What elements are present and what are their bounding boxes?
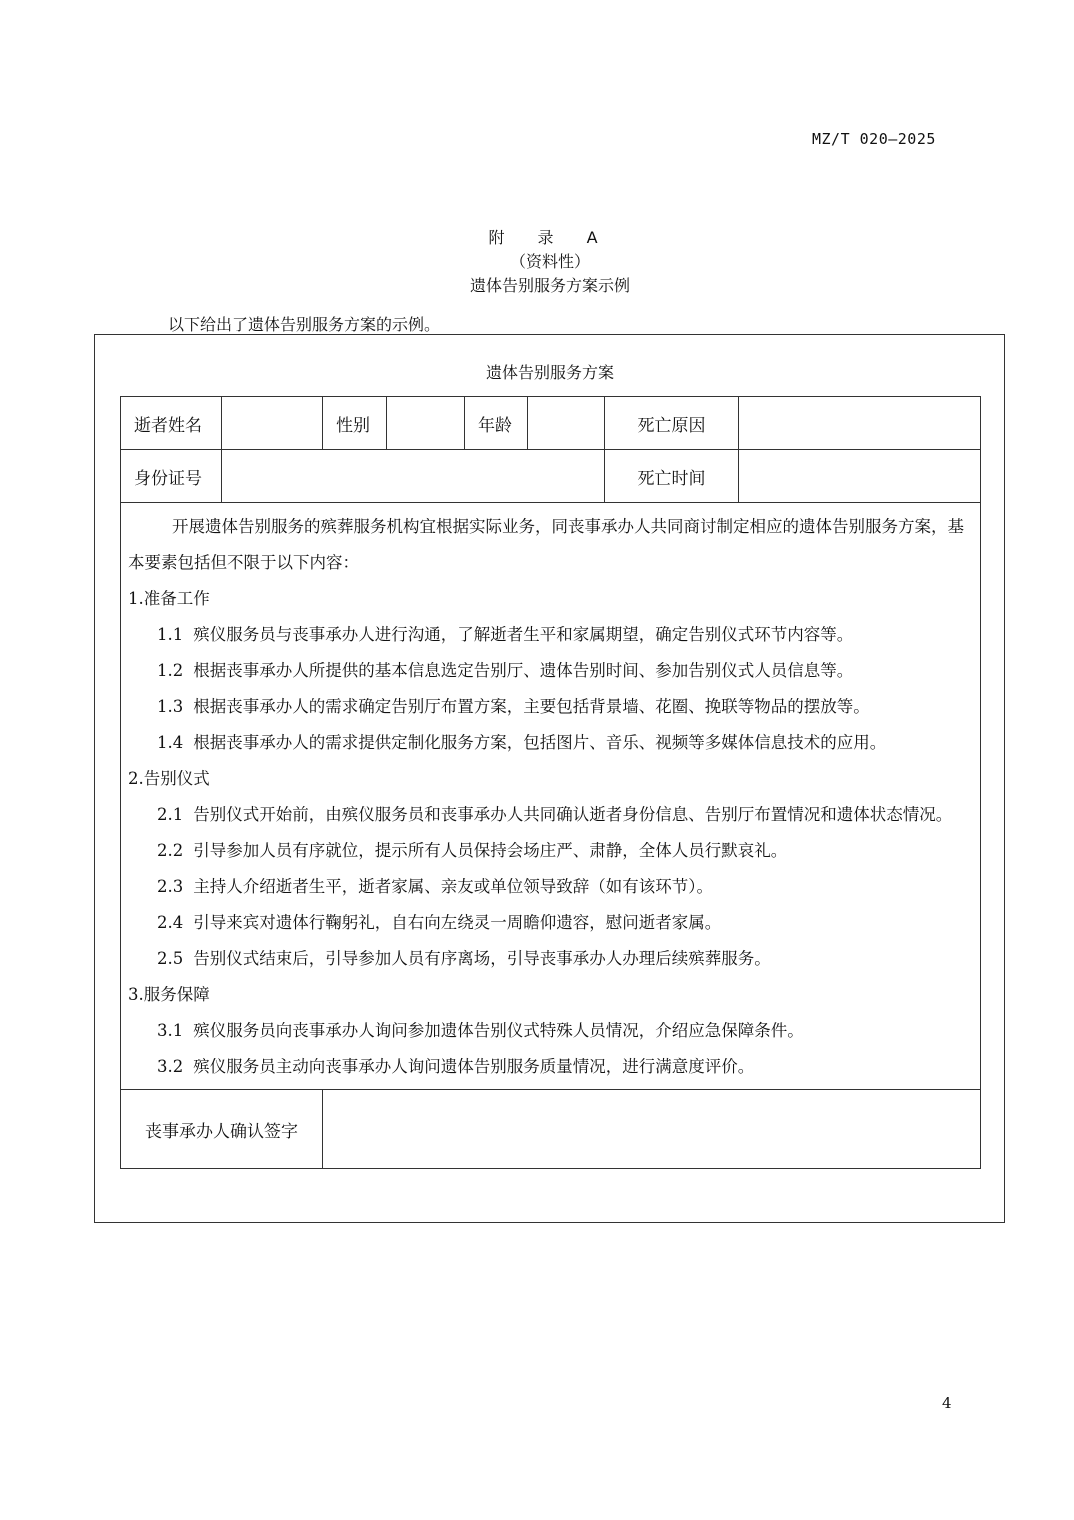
list-item: 1.4根据丧事承办人的需求提供定制化服务方案，包括图片、音乐、视频等多媒体信息技… <box>128 725 973 761</box>
item-text: 殡仪服务员向丧事承办人询问参加遗体告别仪式特殊人员情况，介绍应急保障条件。 <box>193 1021 804 1040</box>
signature-label: 丧事承办人确认签字 <box>121 1090 323 1169</box>
item-number: 2.4 <box>157 913 183 932</box>
cause-of-death-label: 死亡原因 <box>605 397 739 450</box>
item-number: 1.3 <box>157 697 183 716</box>
time-of-death-label: 死亡时间 <box>605 450 739 503</box>
item-text: 引导来宾对遗体行鞠躬礼，自右向左绕灵一周瞻仰遗容，慰问逝者家属。 <box>193 913 721 932</box>
list-item: 2.1告别仪式开始前，由殡仪服务员和丧事承办人共同确认逝者身份信息、告别厅布置情… <box>128 797 973 833</box>
lead-paragraph: 开展遗体告别服务的殡葬服务机构宜根据实际业务，同丧事承办人共同商讨制定相应的遗体… <box>128 509 973 581</box>
deceased-name-label: 逝者姓名 <box>121 397 222 450</box>
list-item: 1.1殡仪服务员与丧事承办人进行沟通，了解逝者生平和家属期望，确定告别仪式环节内… <box>128 617 973 653</box>
appendix-label: 附 录 A <box>0 226 1074 250</box>
form-row-basic-info: 逝者姓名 性别 年龄 死亡原因 <box>121 397 981 450</box>
section-heading: 1.准备工作 <box>128 581 973 617</box>
item-number: 1.4 <box>157 733 183 752</box>
section-heading: 3.服务保障 <box>128 977 973 1013</box>
item-number: 2.1 <box>157 805 183 824</box>
list-item: 1.3根据丧事承办人的需求确定告别厅布置方案，主要包括背景墙、花圈、挽联等物品的… <box>128 689 973 725</box>
age-field[interactable] <box>528 397 605 450</box>
appendix-title: 遗体告别服务方案示例 <box>0 274 1074 298</box>
gender-field[interactable] <box>387 397 465 450</box>
item-text: 告别仪式结束后，引导参加人员有序离场，引导丧事承办人办理后续殡葬服务。 <box>193 949 771 968</box>
form-row-signature: 丧事承办人确认签字 <box>121 1090 981 1169</box>
plan-content: 开展遗体告别服务的殡葬服务机构宜根据实际业务，同丧事承办人共同商讨制定相应的遗体… <box>121 503 981 1090</box>
age-label: 年龄 <box>465 397 528 450</box>
form-title: 遗体告别服务方案 <box>0 360 1074 383</box>
item-number: 3.1 <box>157 1021 183 1040</box>
item-number: 3.2 <box>157 1057 183 1076</box>
item-number: 2.5 <box>157 949 183 968</box>
gender-label: 性别 <box>323 397 387 450</box>
list-item: 1.2根据丧事承办人所提供的基本信息选定告别厅、遗体告别时间、参加告别仪式人员信… <box>128 653 973 689</box>
list-item: 2.4引导来宾对遗体行鞠躬礼，自右向左绕灵一周瞻仰遗容，慰问逝者家属。 <box>128 905 973 941</box>
item-text: 告别仪式开始前，由殡仪服务员和丧事承办人共同确认逝者身份信息、告别厅布置情况和遗… <box>193 805 952 824</box>
page-number: 4 <box>942 1394 952 1412</box>
item-text: 根据丧事承办人所提供的基本信息选定告别厅、遗体告别时间、参加告别仪式人员信息等。 <box>193 661 853 680</box>
list-item: 2.5告别仪式结束后，引导参加人员有序离场，引导丧事承办人办理后续殡葬服务。 <box>128 941 973 977</box>
list-item: 2.3主持人介绍逝者生平，逝者家属、亲友或单位领导致辞（如有该环节）。 <box>128 869 973 905</box>
id-number-label: 身份证号 <box>121 450 222 503</box>
item-text: 根据丧事承办人的需求确定告别厅布置方案，主要包括背景墙、花圈、挽联等物品的摆放等… <box>193 697 870 716</box>
item-text: 主持人介绍逝者生平，逝者家属、亲友或单位领导致辞（如有该环节）。 <box>193 877 713 896</box>
cause-of-death-field[interactable] <box>739 397 981 450</box>
standard-code: MZ/T 020—2025 <box>812 130 936 148</box>
item-number: 1.2 <box>157 661 183 680</box>
section-heading: 2.告别仪式 <box>128 761 973 797</box>
time-of-death-field[interactable] <box>739 450 981 503</box>
appendix-heading: 附 录 A （资料性） 遗体告别服务方案示例 <box>0 226 1074 298</box>
list-item: 2.2引导参加人员有序就位，提示所有人员保持会场庄严、肃静，全体人员行默哀礼。 <box>128 833 973 869</box>
item-text: 殡仪服务员主动向丧事承办人询问遗体告别服务质量情况，进行满意度评价。 <box>193 1057 754 1076</box>
service-plan-form: 逝者姓名 性别 年龄 死亡原因 身份证号 死亡时间 开展遗体告别服务的殡葬服务机… <box>120 396 981 1169</box>
id-number-field[interactable] <box>222 450 605 503</box>
item-text: 引导参加人员有序就位，提示所有人员保持会场庄严、肃静，全体人员行默哀礼。 <box>193 841 787 860</box>
item-number: 1.1 <box>157 625 183 644</box>
form-row-content: 开展遗体告别服务的殡葬服务机构宜根据实际业务，同丧事承办人共同商讨制定相应的遗体… <box>121 503 981 1090</box>
appendix-type: （资料性） <box>0 250 1074 274</box>
form-row-id-info: 身份证号 死亡时间 <box>121 450 981 503</box>
item-text: 根据丧事承办人的需求提供定制化服务方案，包括图片、音乐、视频等多媒体信息技术的应… <box>193 733 886 752</box>
item-number: 2.3 <box>157 877 183 896</box>
deceased-name-field[interactable] <box>222 397 323 450</box>
item-number: 2.2 <box>157 841 183 860</box>
list-item: 3.1殡仪服务员向丧事承办人询问参加遗体告别仪式特殊人员情况，介绍应急保障条件。 <box>128 1013 973 1049</box>
signature-field[interactable] <box>323 1090 981 1169</box>
item-text: 殡仪服务员与丧事承办人进行沟通，了解逝者生平和家属期望，确定告别仪式环节内容等。 <box>193 625 853 644</box>
intro-text: 以下给出了遗体告别服务方案的示例。 <box>168 312 440 335</box>
list-item: 3.2殡仪服务员主动向丧事承办人询问遗体告别服务质量情况，进行满意度评价。 <box>128 1049 973 1085</box>
